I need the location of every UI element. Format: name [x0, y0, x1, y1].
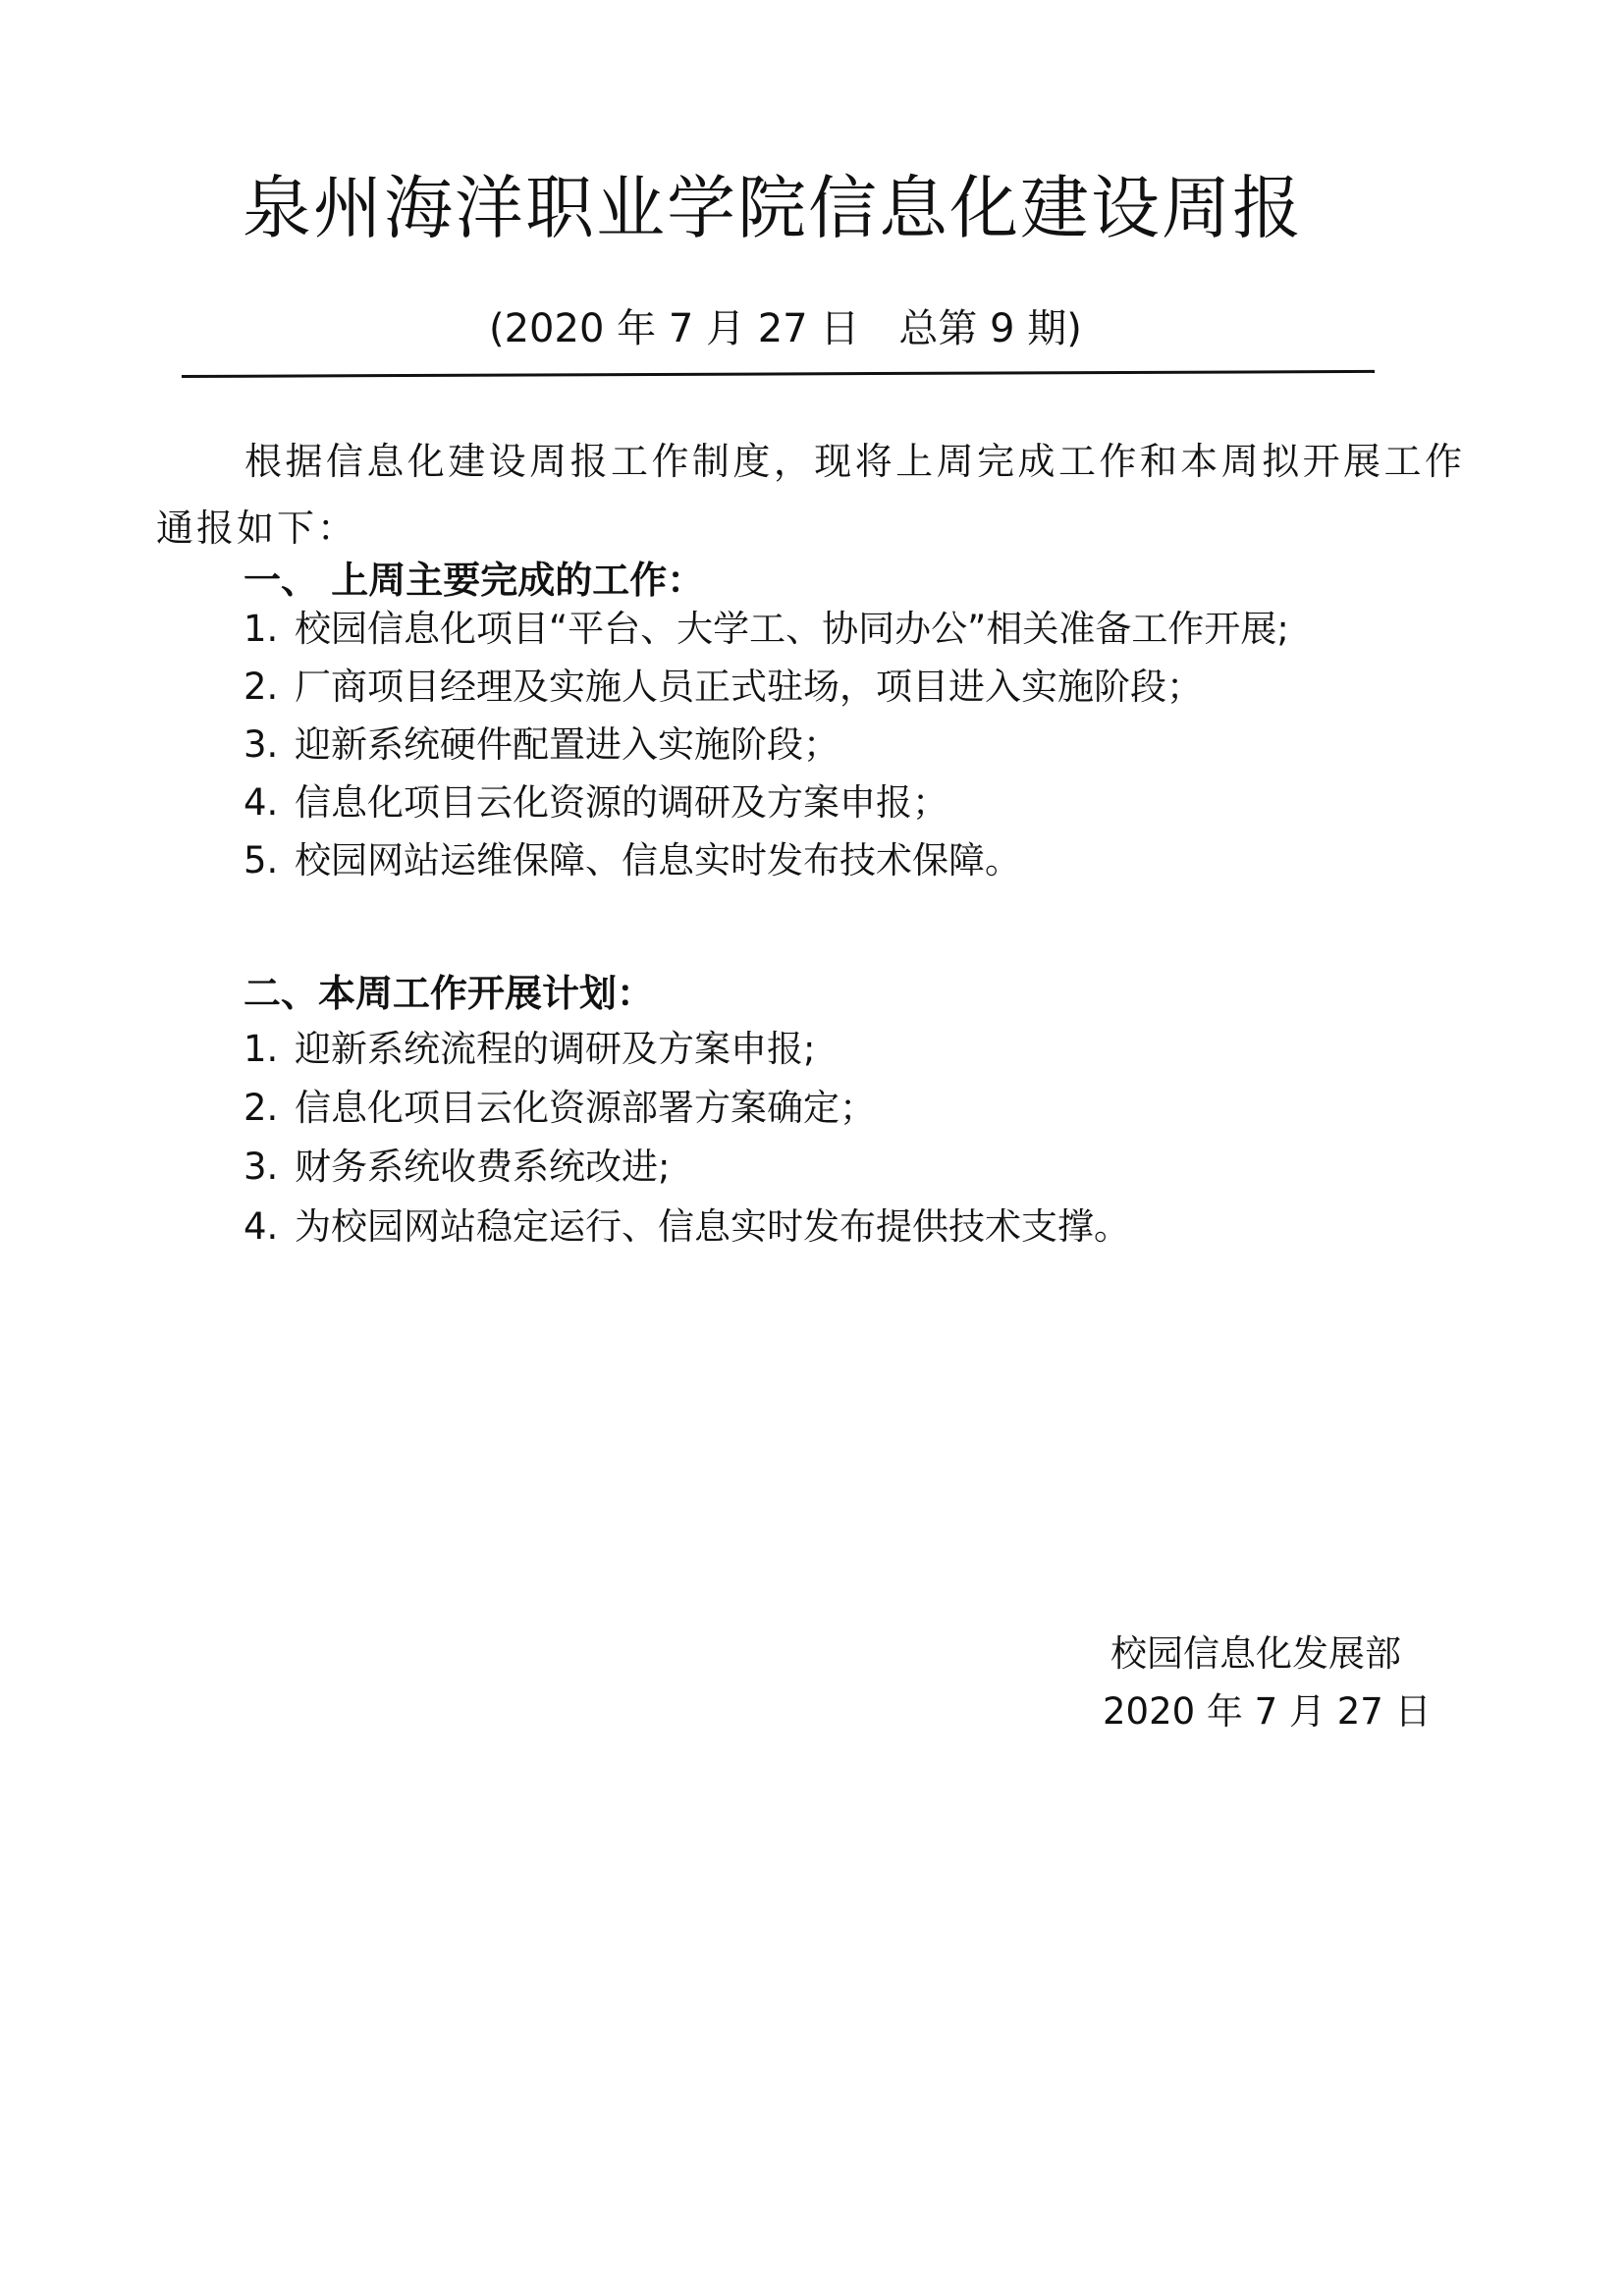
item-number: 4.: [244, 784, 295, 821]
header-divider: [182, 370, 1375, 378]
item-text: 校园网站运维保障、信息实时发布技术保障。: [295, 839, 1021, 881]
item-text: 迎新系统硬件配置进入实施阶段；: [295, 723, 839, 766]
signature-department: 校园信息化发展部: [1110, 1635, 1401, 1672]
issue-date-subtitle: (2020 年 7 月 27 日 总第 9 期): [489, 309, 1082, 348]
item-number: 2.: [244, 1090, 295, 1126]
item-text: 信息化项目云化资源的调研及方案申报；: [295, 781, 948, 824]
list-item: 3.迎新系统硬件配置进入实施阶段；: [244, 726, 839, 763]
item-text: 厂商项目经理及实施人员正式驻场，项目进入实施阶段；: [295, 666, 1203, 708]
item-text: 财务系统收费系统改进;: [295, 1146, 670, 1188]
list-item: 5.校园网站运维保障、信息实时发布技术保障。: [244, 842, 1021, 879]
section-heading-last-week: 一、 上周主要完成的工作：: [244, 561, 704, 599]
list-item: 4.信息化项目云化资源的调研及方案申报；: [244, 784, 948, 821]
item-text: 信息化项目云化资源部署方案确定；: [295, 1087, 876, 1129]
signature-date: 2020 年 7 月 27 日: [1103, 1693, 1432, 1730]
intro-paragraph: 根据信息化建设周报工作制度，现将上周完成工作和本周拟开展工作通报如下：: [156, 428, 1465, 561]
document-title: 泉州海洋职业学院信息化建设周报: [243, 174, 1303, 242]
list-item: 1.迎新系统流程的调研及方案申报;: [244, 1031, 815, 1067]
item-number: 1.: [244, 1031, 295, 1067]
item-text: 为校园网站稳定运行、信息实时发布提供技术支撑。: [295, 1205, 1130, 1248]
item-number: 3.: [244, 726, 295, 763]
item-number: 4.: [244, 1208, 295, 1245]
list-item: 4.为校园网站稳定运行、信息实时发布提供技术支撑。: [244, 1208, 1130, 1245]
item-number: 1.: [244, 611, 295, 647]
item-number: 2.: [244, 668, 295, 705]
list-item: 2.信息化项目云化资源部署方案确定；: [244, 1090, 876, 1126]
list-item: 1.校园信息化项目“平台、大学工、协同办公”相关准备工作开展;: [244, 611, 1289, 647]
item-text: 迎新系统流程的调研及方案申报;: [295, 1028, 815, 1070]
section-heading-this-week: 二、本周工作开展计划：: [244, 975, 654, 1012]
list-item: 2.厂商项目经理及实施人员正式驻场，项目进入实施阶段；: [244, 668, 1203, 705]
list-item: 3.财务系统收费系统改进;: [244, 1148, 670, 1185]
item-number: 3.: [244, 1148, 295, 1185]
item-number: 5.: [244, 842, 295, 879]
item-text: 校园信息化项目“平台、大学工、协同办公”相关准备工作开展;: [295, 608, 1289, 650]
